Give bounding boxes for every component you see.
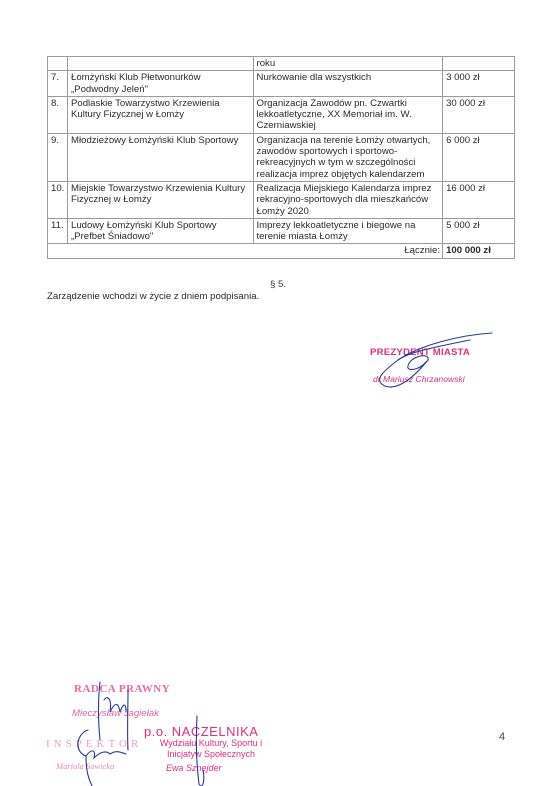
amount-cell: 3 000 zł: [443, 71, 515, 97]
row-number: 9.: [48, 133, 68, 181]
task-cell: Organizacja na terenie Łomży otwartych, …: [253, 133, 443, 181]
page-number: 4: [499, 731, 505, 743]
grants-table: roku7.Łomżyński Klub Płetwonurków „Podwo…: [47, 56, 515, 259]
organization-cell: Podlaskie Towarzystwo Krzewienia Kultury…: [67, 96, 253, 133]
legal-stamp-title: RADCA PRAWNY: [74, 683, 170, 695]
task-cell: Imprezy lekkoatletyczne i biegowe na ter…: [253, 218, 443, 244]
organization-cell: Młodzieżowy Łomżyński Klub Sportowy: [67, 133, 253, 181]
total-label: Łącznie:: [48, 244, 443, 258]
total-amount: 100 000 zł: [443, 244, 515, 258]
row-number: 10.: [48, 181, 68, 218]
table-row: 11.Ludowy Łomżyński Klub Sportowy „Prefb…: [48, 218, 515, 244]
organization-cell: [67, 57, 253, 71]
inspector-stamp-name: Mariola Sawicka: [56, 761, 114, 771]
closing-text: Zarządzenie wchodzi w życie z dniem podp…: [47, 291, 259, 302]
head-stamp-name: Ewa Sznejder: [166, 763, 222, 773]
amount-cell: 16 000 zł: [443, 181, 515, 218]
organization-cell: Miejskie Towarzystwo Krzewienia Kultury …: [67, 181, 253, 218]
table-row: roku: [48, 57, 515, 71]
organization-cell: Łomżyński Klub Płetwonurków „Podwodny Je…: [67, 71, 253, 97]
task-cell: roku: [253, 57, 443, 71]
document-page: roku7.Łomżyński Klub Płetwonurków „Podwo…: [0, 0, 553, 786]
row-number: [48, 57, 68, 71]
amount-cell: [443, 57, 515, 71]
task-cell: Organizacja Zawodów pn. Czwartki lekkoat…: [253, 96, 443, 133]
task-cell: Nurkowanie dla wszystkich: [253, 71, 443, 97]
organization-cell: Ludowy Łomżyński Klub Sportowy „Prefbet …: [67, 218, 253, 244]
amount-cell: 5 000 zł: [443, 218, 515, 244]
table-row: 7.Łomżyński Klub Płetwonurków „Podwodny …: [48, 71, 515, 97]
table-row: 10.Miejskie Towarzystwo Krzewienia Kultu…: [48, 181, 515, 218]
head-stamp-title: p.o. NACZELNIKA: [144, 724, 258, 739]
amount-cell: 30 000 zł: [443, 96, 515, 133]
president-stamp-title: PREZYDENT MIASTA: [370, 347, 470, 358]
head-stamp-department: Wydziału Kultury, Sportu i Inicjatyw Spo…: [147, 738, 275, 759]
legal-stamp-name: Mieczysław Jagiełak: [72, 708, 159, 719]
table-row: 9.Młodzieżowy Łomżyński Klub SportowyOrg…: [48, 133, 515, 181]
paragraph-heading: § 5.: [270, 279, 286, 290]
table-row: 8.Podlaskie Towarzystwo Krzewienia Kultu…: [48, 96, 515, 133]
task-cell: Realizacja Miejskiego Kalendarza imprez …: [253, 181, 443, 218]
row-number: 11.: [48, 218, 68, 244]
total-row: Łącznie:100 000 zł: [48, 244, 515, 258]
amount-cell: 6 000 zł: [443, 133, 515, 181]
president-stamp-name: dr Mariusz Chrzanowski: [373, 374, 465, 384]
row-number: 7.: [48, 71, 68, 97]
inspector-stamp-title: INSPEKTOR: [46, 738, 142, 750]
row-number: 8.: [48, 96, 68, 133]
